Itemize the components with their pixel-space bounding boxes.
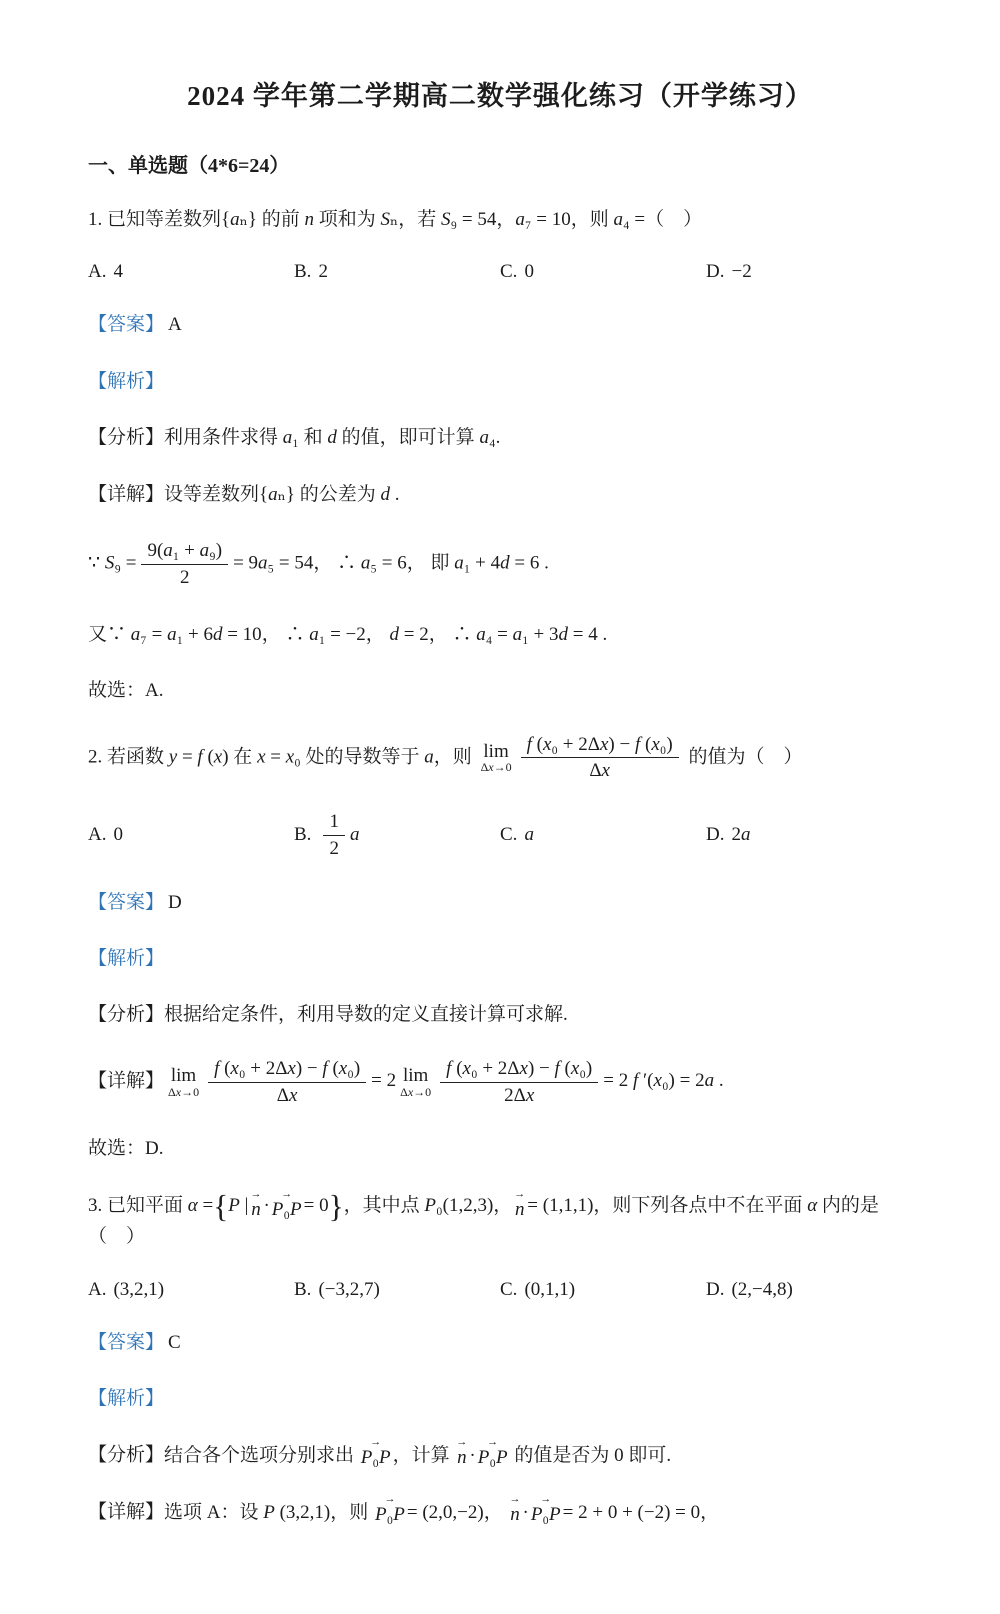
option-a: A.(3,2,1) — [88, 1279, 294, 1301]
answer-tag: 【答案】 — [88, 892, 164, 913]
answer-value: C — [168, 1332, 181, 1353]
option-c-value: (0,1,1) — [524, 1279, 575, 1300]
option-d-label: D. — [706, 824, 724, 845]
option-b-label: B. — [294, 824, 311, 845]
analysis-line: 【分析】利用条件求得 a₁ 和 d 的值，即可计算 a₄. — [88, 423, 912, 452]
option-c: C.a — [500, 824, 706, 846]
section-heading: 一、单选题（4*6=24） — [88, 149, 912, 178]
option-b-value: 2 — [318, 261, 328, 282]
conclusion-line: 故选：A. — [88, 676, 912, 705]
xiangjie-tag: 【详解】 — [88, 1070, 164, 1091]
option-a-label: A. — [88, 1279, 106, 1300]
option-b: B.(−3,2,7) — [294, 1279, 500, 1301]
analysis-line: 【分析】结合各个选项分别求出 →P₀P，计算 →n·→P₀P 的值是否为 0 即… — [88, 1440, 912, 1470]
question-1: 1. 已知等差数列{aₙ} 的前 n 项和为 Sₙ，若 S₉ = 54，a₇ =… — [88, 205, 912, 706]
document-page: 2024 学年第二学期高二数学强化练习（开学练习） 一、单选题（4*6=24） … — [0, 0, 1000, 1614]
jiexi-tag: 【解析】 — [88, 948, 164, 969]
option-b-label: B. — [294, 1279, 311, 1300]
option-c-value: 0 — [524, 261, 534, 282]
option-d-value: 2a — [731, 824, 750, 845]
option-d-label: D. — [706, 1279, 724, 1300]
question-3: 3. 已知平面 α ={P |→n·→P₀P= 0}，其中点 P₀(1,2,3)… — [88, 1191, 912, 1527]
answer-line: 【答案】D — [88, 888, 912, 917]
detail-line: 【详解】limΔx→0f (x₀ + 2Δx) − f (x₀)Δx= 2lim… — [88, 1057, 912, 1108]
option-c-label: C. — [500, 824, 517, 845]
option-b: B.2 — [294, 261, 500, 283]
jiexi-line: 【解析】 — [88, 944, 912, 973]
vector-arrow-notation: →P₀P — [375, 1497, 405, 1527]
answer-line: 【答案】A — [88, 310, 912, 339]
xiangjie-tag: 【详解】 — [88, 1502, 164, 1523]
option-c-label: C. — [500, 261, 517, 282]
option-d-value: −2 — [731, 261, 751, 282]
conclusion-line: 故选：D. — [88, 1134, 912, 1163]
vector-arrow-notation: →n — [514, 1192, 525, 1222]
vector-arrow-notation: →P₀P — [272, 1192, 302, 1222]
vector-arrow-notation: →P₀P — [531, 1497, 561, 1527]
detail-line: ∵ S₉ =9(a₁ + a₉)2= 9a₅ = 54， ∴ a₅ = 6， 即… — [88, 539, 912, 590]
fenxi-tag: 【分析】 — [88, 1004, 164, 1025]
jiexi-line: 【解析】 — [88, 1384, 912, 1413]
analysis-content: 根据给定条件，利用导数的定义直接计算可求解. — [164, 1004, 568, 1025]
question-2: 2. 若函数 y = f (x) 在 x = x₀ 处的导数等于 a，则 lim… — [88, 733, 912, 1164]
answer-tag: 【答案】 — [88, 1332, 164, 1353]
option-a-value: 0 — [113, 824, 123, 845]
answer-value: D — [168, 892, 182, 913]
option-a-value: (3,2,1) — [113, 1279, 164, 1300]
option-d: D.−2 — [706, 261, 912, 283]
question-2-options: A.0 B.12a C.a D.2a — [88, 810, 912, 861]
vector-arrow-notation: →n — [250, 1192, 261, 1222]
option-b-label: B. — [294, 261, 311, 282]
answer-line: 【答案】C — [88, 1328, 912, 1357]
option-b-value: 12a — [318, 824, 359, 845]
option-a: A.4 — [88, 261, 294, 283]
detail-content: limΔx→0f (x₀ + 2Δx) − f (x₀)Δx= 2limΔx→0… — [164, 1070, 724, 1091]
question-1-stem: 1. 已知等差数列{aₙ} 的前 n 项和为 Sₙ，若 S₉ = 54，a₇ =… — [88, 205, 912, 234]
vector-arrow-notation: →n — [509, 1497, 520, 1527]
option-d: D.(2,−4,8) — [706, 1279, 912, 1301]
vector-arrow-notation: →n — [456, 1440, 467, 1470]
analysis-line: 【分析】根据给定条件，利用导数的定义直接计算可求解. — [88, 1000, 912, 1029]
fenxi-tag: 【分析】 — [88, 427, 164, 448]
option-c-value: a — [524, 824, 534, 845]
vector-arrow-notation: →P₀P — [478, 1440, 508, 1470]
jiexi-tag: 【解析】 — [88, 371, 164, 392]
detail-line: 又∵ a₇ = a₁ + 6d = 10， ∴ a₁ = −2， d = 2， … — [88, 620, 912, 649]
option-d-value: (2,−4,8) — [731, 1279, 792, 1300]
question-3-stem: 3. 已知平面 α ={P |→n·→P₀P= 0}，其中点 P₀(1,2,3)… — [88, 1191, 912, 1252]
detail-line: 【详解】选项 A：设 P (3,2,1)，则 →P₀P= (2,0,−2)， →… — [88, 1497, 912, 1527]
vector-arrow-notation: →P₀P — [361, 1440, 391, 1470]
option-d: D.2a — [706, 824, 912, 846]
xiangjie-tag: 【详解】 — [88, 484, 164, 505]
detail-content: 设等差数列{aₙ} 的公差为 d . — [164, 484, 400, 505]
option-c: C.(0,1,1) — [500, 1279, 706, 1301]
option-b-value: (−3,2,7) — [318, 1279, 379, 1300]
question-1-options: A.4 B.2 C.0 D.−2 — [88, 261, 912, 283]
analysis-content: 利用条件求得 a₁ 和 d 的值，即可计算 a₄. — [164, 427, 500, 448]
detail-content: 选项 A：设 P (3,2,1)，则 →P₀P= (2,0,−2)， →n·→P… — [164, 1502, 719, 1523]
fenxi-tag: 【分析】 — [88, 1445, 164, 1466]
option-c-label: C. — [500, 1279, 517, 1300]
jiexi-tag: 【解析】 — [88, 1388, 164, 1409]
option-d-label: D. — [706, 261, 724, 282]
page-title: 2024 学年第二学期高二数学强化练习（开学练习） — [88, 74, 912, 113]
question-2-stem: 2. 若函数 y = f (x) 在 x = x₀ 处的导数等于 a，则 lim… — [88, 733, 912, 784]
answer-value: A — [168, 314, 182, 335]
option-a-value: 4 — [113, 261, 123, 282]
option-a: A.0 — [88, 824, 294, 846]
question-3-options: A.(3,2,1) B.(−3,2,7) C.(0,1,1) D.(2,−4,8… — [88, 1279, 912, 1301]
option-b: B.12a — [294, 810, 500, 861]
analysis-content: 结合各个选项分别求出 →P₀P，计算 →n·→P₀P 的值是否为 0 即可. — [164, 1445, 671, 1466]
answer-tag: 【答案】 — [88, 314, 164, 335]
jiexi-line: 【解析】 — [88, 367, 912, 396]
detail-line: 【详解】设等差数列{aₙ} 的公差为 d . — [88, 480, 912, 509]
option-a-label: A. — [88, 824, 106, 845]
option-a-label: A. — [88, 261, 106, 282]
option-c: C.0 — [500, 261, 706, 283]
